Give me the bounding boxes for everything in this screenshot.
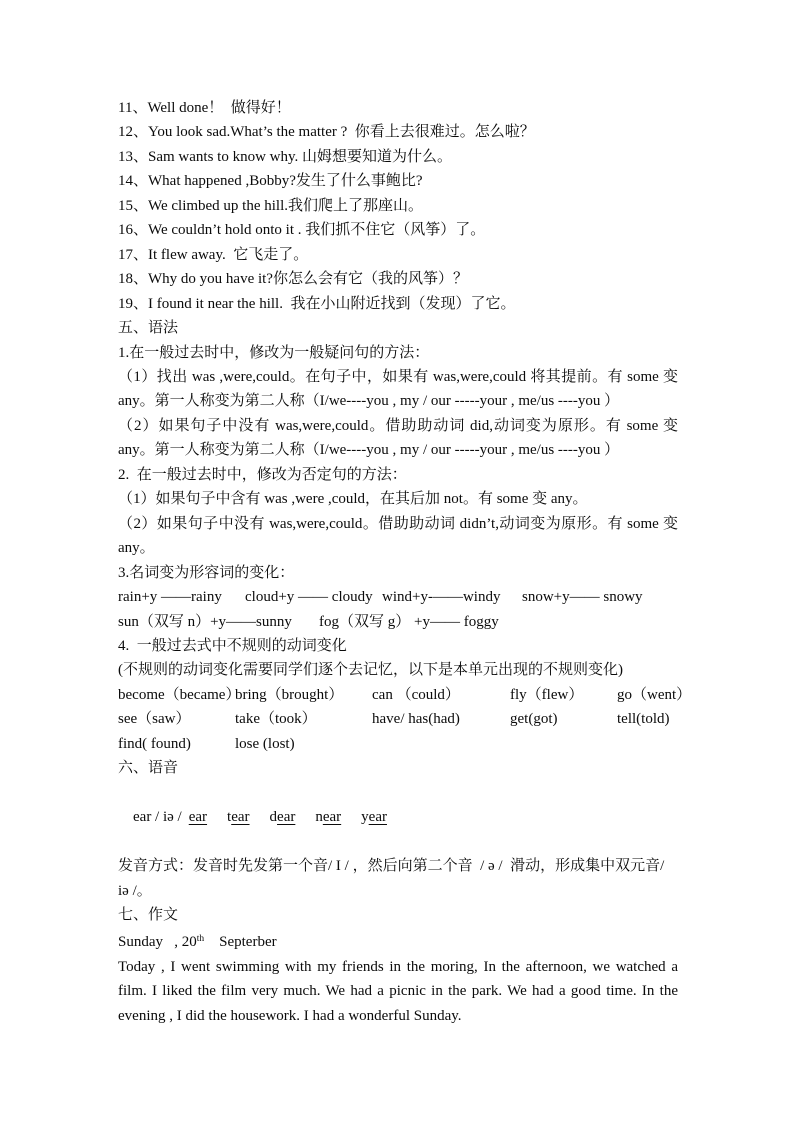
sentence-line-17: 17、It flew away. 它飞走了。 bbox=[118, 243, 678, 267]
grammar-verb-note: (不规则的动词变化需要同学们逐个去记忆，以下是本单元出现的不规则变化) bbox=[118, 658, 678, 682]
adjective-item: wind+y-——windy bbox=[382, 585, 522, 609]
verb-item: become（became） bbox=[118, 683, 235, 707]
verb-item: can （could） bbox=[372, 683, 510, 707]
adjective-item: rain+y ——rainy bbox=[118, 585, 245, 609]
phonics-word: year bbox=[361, 809, 387, 825]
phonics-word-prefix: d bbox=[270, 809, 278, 825]
verb-row-1: become（became） bring（brought） can （could… bbox=[118, 683, 678, 707]
adjective-item: snow+y—— snowy bbox=[522, 585, 678, 609]
verb-item: take（took） bbox=[235, 707, 372, 731]
verb-item: go（went） bbox=[617, 683, 691, 707]
grammar-negative-title: 2. 在一般过去时中，修改为否定句的方法： bbox=[118, 463, 678, 487]
grammar-adjective-title: 3.名词变为形容词的变化： bbox=[118, 561, 678, 585]
section-heading-grammar: 五、语法 bbox=[118, 316, 678, 340]
verb-row-2: see（saw） take（took） have/ has(had) get(g… bbox=[118, 707, 678, 731]
phonics-word-underlined: ear bbox=[277, 809, 295, 825]
composition-date: Sunday , 20 bbox=[118, 934, 197, 950]
sentence-line-18: 18、Why do you have it?你怎么会有它（我的风筝）？ bbox=[118, 267, 678, 291]
verb-item: get(got) bbox=[510, 707, 617, 731]
phonics-word-underlined: ear bbox=[323, 809, 341, 825]
verb-item: find( found) bbox=[118, 732, 235, 756]
phonics-word-prefix: y bbox=[361, 809, 369, 825]
sentence-line-11: 11、Well done！ 做得好！ bbox=[118, 96, 678, 120]
verb-item: have/ has(had) bbox=[372, 707, 510, 731]
phonics-sound-label: ear / iə / bbox=[133, 809, 182, 825]
phonics-word-prefix: n bbox=[315, 809, 323, 825]
phonics-word-underlined: ear bbox=[369, 809, 387, 825]
phonics-words-line: ear / iə /earteardearnearyear bbox=[118, 781, 678, 854]
grammar-question-rule-1: （1）找出 was ,were,could。在句子中，如果有 was,were,… bbox=[118, 365, 678, 414]
grammar-question-rule-2: （2）如果句子中没有 was,were,could。借助助动词 did,动词变为… bbox=[118, 414, 678, 463]
phonics-note: 发音方式：发音时先发第一个音/ I / ，然后向第二个音 / ə / 滑动，形成… bbox=[118, 854, 678, 903]
composition-date-month: Septerber bbox=[204, 934, 276, 950]
phonics-word-underlined: ear bbox=[189, 809, 207, 825]
phonics-word: near bbox=[315, 809, 341, 825]
composition-body: Today , I went swimming with my friends … bbox=[118, 955, 678, 1028]
verb-row-3: find( found) lose (lost) bbox=[118, 732, 678, 756]
verb-item: tell(told) bbox=[617, 707, 678, 731]
sentence-line-16: 16、We couldn’t hold onto it . 我们抓不住它（风筝）… bbox=[118, 218, 678, 242]
adjective-item: sun（双写 n）+y——sunny bbox=[118, 610, 319, 634]
phonics-word: tear bbox=[227, 809, 249, 825]
phonics-word: ear bbox=[189, 809, 207, 825]
sentence-line-12: 12、You look sad.What’s the matter ? 你看上去… bbox=[118, 120, 678, 144]
composition-date-line: Sunday , 20th Septerber bbox=[118, 927, 678, 954]
grammar-negative-rule-2: （2）如果句子中没有 was,were,could。借助助动词 didn’t,动… bbox=[118, 512, 678, 561]
phonics-word: dear bbox=[270, 809, 296, 825]
phonics-word-underlined: ear bbox=[231, 809, 249, 825]
adjective-row-1: rain+y ——rainy cloud+y —— cloudy wind+y-… bbox=[118, 585, 678, 609]
verb-item: bring（brought） bbox=[235, 683, 372, 707]
adjective-item: fog（双写 g） +y—— foggy bbox=[319, 610, 678, 634]
grammar-question-title: 1.在一般过去时中，修改为一般疑问句的方法： bbox=[118, 341, 678, 365]
adjective-item: cloud+y —— cloudy bbox=[245, 585, 382, 609]
grammar-verb-title: 4. 一般过去式中不规则的动词变化 bbox=[118, 634, 678, 658]
section-heading-composition: 七、作文 bbox=[118, 903, 678, 927]
document-page: 11、Well done！ 做得好！ 12、You look sad.What’… bbox=[0, 0, 793, 1122]
sentence-line-14: 14、What happened ,Bobby?发生了什么事鲍比? bbox=[118, 169, 678, 193]
verb-item: lose (lost) bbox=[235, 732, 372, 756]
sentence-line-15: 15、We climbed up the hill.我们爬上了那座山。 bbox=[118, 194, 678, 218]
sentence-line-13: 13、Sam wants to know why. 山姆想要知道为什么。 bbox=[118, 145, 678, 169]
grammar-negative-rule-1: （1）如果句子中含有 was ,were ,could，在其后加 not。有 s… bbox=[118, 487, 678, 511]
adjective-row-2: sun（双写 n）+y——sunny fog（双写 g） +y—— foggy bbox=[118, 610, 678, 634]
section-heading-phonics: 六、语音 bbox=[118, 756, 678, 780]
verb-item: fly（flew） bbox=[510, 683, 617, 707]
verb-item: see（saw） bbox=[118, 707, 235, 731]
sentence-line-19: 19、I found it near the hill. 我在小山附近找到（发现… bbox=[118, 292, 678, 316]
